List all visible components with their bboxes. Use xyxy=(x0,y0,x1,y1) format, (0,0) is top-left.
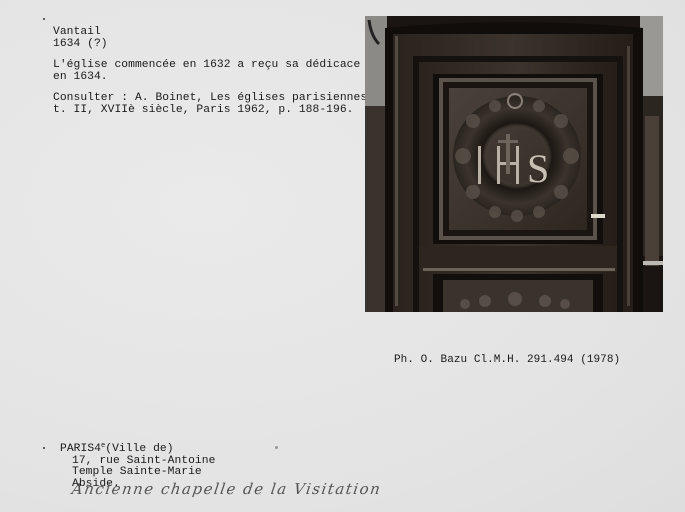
city-qualifier: (Ville de) xyxy=(105,443,173,455)
note-line: L'église commencée en 1632 a reçu sa déd… xyxy=(53,59,360,71)
bibliographic-reference: Consulter : A. Boinet, Les églises paris… xyxy=(53,93,374,116)
object-date: 1634 (?) xyxy=(53,38,108,50)
reference-line: t. II, XVIIè siècle, Paris 1962, p. 188-… xyxy=(53,104,354,116)
margin-dot xyxy=(43,18,45,20)
object-title: Vantail xyxy=(53,26,101,38)
catalog-card: Vantail 1634 (?) L'église commencée en 1… xyxy=(0,0,685,512)
historical-note: L'église commencée en 1632 a reçu sa déd… xyxy=(53,60,360,83)
building-name: Temple Sainte-Marie xyxy=(60,466,202,478)
object-header: Vantail 1634 (?) xyxy=(53,27,108,50)
reference-line: Consulter : A. Boinet, Les églises paris… xyxy=(53,92,374,104)
city: PARIS xyxy=(60,443,94,455)
carved-door-image: S xyxy=(365,16,663,312)
note-line: en 1634. xyxy=(53,71,108,83)
paper-speck xyxy=(275,446,278,449)
margin-dot xyxy=(43,447,45,449)
svg-text:S: S xyxy=(527,146,549,191)
door-photograph: S xyxy=(365,16,663,312)
photo-credit: Ph. O. Bazu Cl.M.H. 291.494 (1978) xyxy=(394,355,620,367)
handwritten-annotation: Ancienne chapelle de la Visitation xyxy=(71,480,383,498)
arrondissement: 4 xyxy=(94,443,101,455)
address: 17, rue Saint-Antoine xyxy=(60,455,215,467)
